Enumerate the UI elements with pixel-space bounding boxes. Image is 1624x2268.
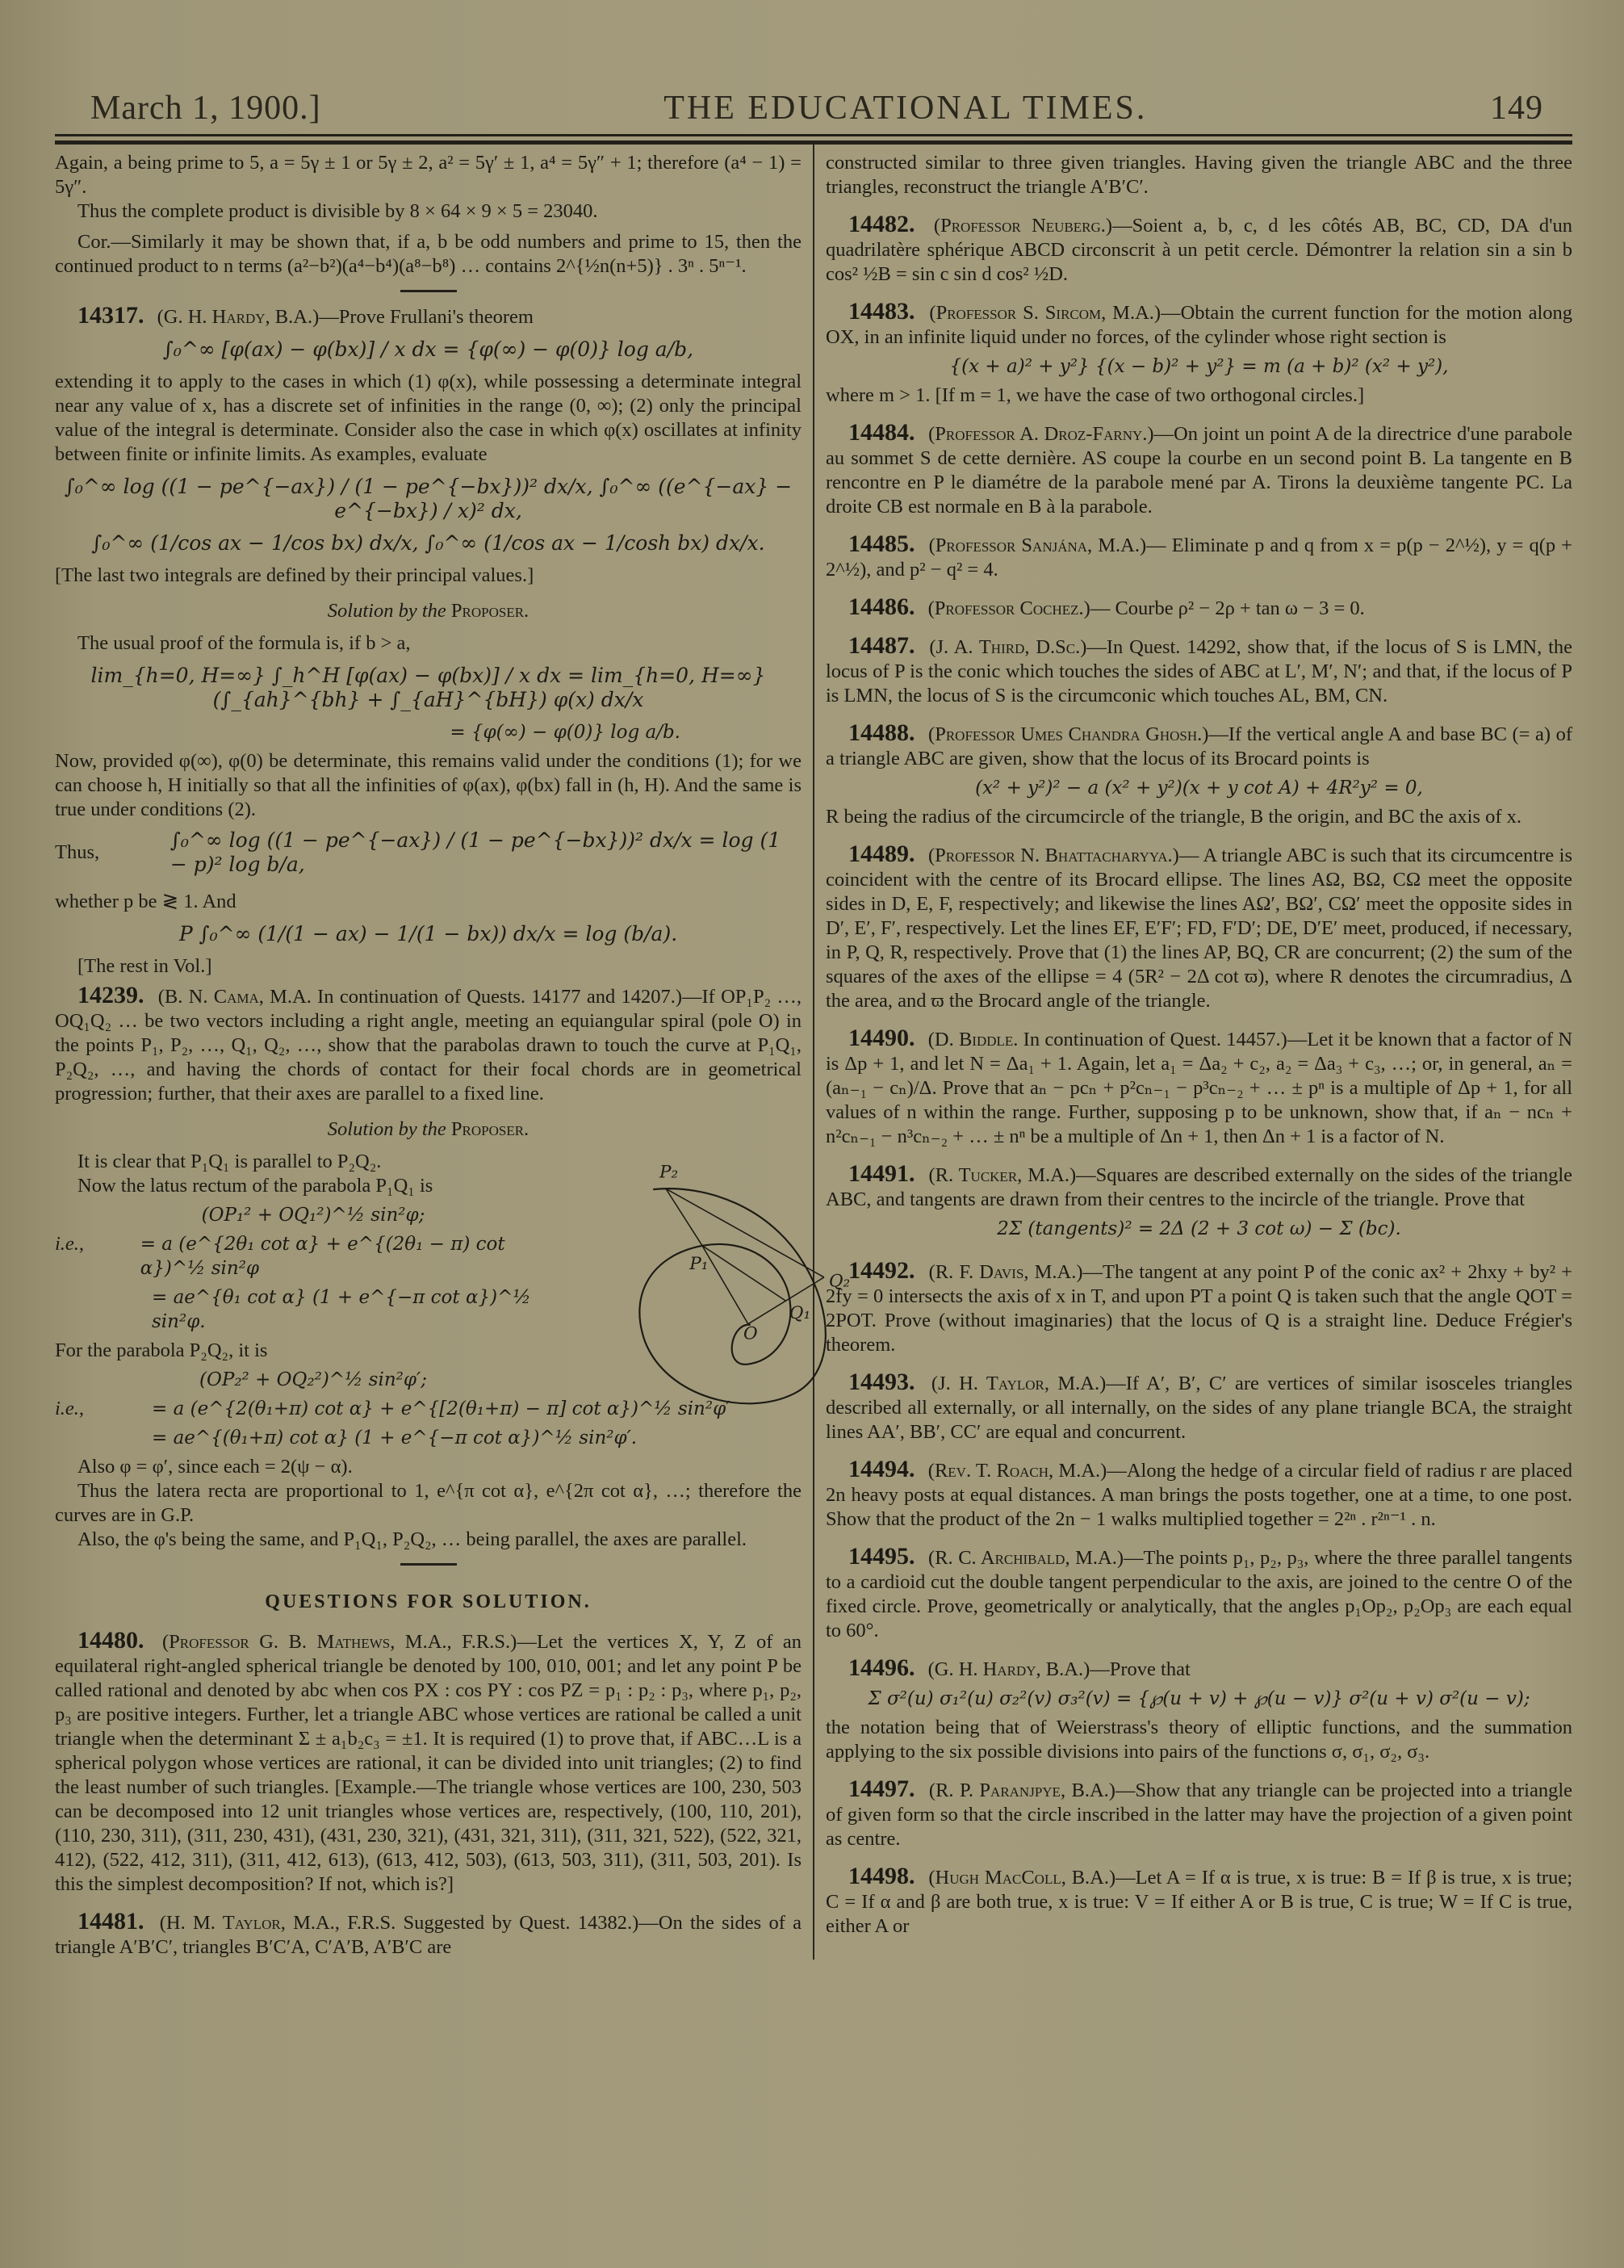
spiral-solution-block: It is clear that P₁Q₁ is parallel to P₂Q… <box>55 1150 802 1552</box>
question-14483-formula: {(x + a)² + y²} {(x − b)² + y²} = m (a +… <box>826 354 1572 379</box>
solution-line-5: Thus the latera recta are proportional t… <box>55 1479 802 1528</box>
label-q1: Q₁ <box>789 1303 810 1323</box>
question-body: —Prove that <box>1090 1658 1191 1680</box>
solution-intro: The usual proof of the formula is, if b … <box>55 631 802 656</box>
question-14481: 14481. (H. M. Taylor, M.A., F.R.S. Sugge… <box>55 1910 802 1960</box>
page-number: 149 <box>1490 89 1543 128</box>
question-number: 14494. <box>848 1456 915 1482</box>
question-14483: 14483. (Professor S. Sircom, M.A.)—Obtai… <box>826 300 1572 350</box>
label-q2: Q₂ <box>829 1272 850 1292</box>
question-author: (Professor N. Bhattacharyya.) <box>928 845 1179 866</box>
question-14486: 14486. (Professor Cochez.)— Courbe ρ² − … <box>826 595 1572 621</box>
whether-clause: whether p be ≷ 1. And <box>55 890 802 914</box>
latus-rectum-eq-2: = a (e^{2θ₁ cot α} + e^{(2θ₁ − π) cot α}… <box>140 1232 571 1281</box>
question-number: 14490. <box>848 1025 915 1051</box>
principal-value-equation: P ∫₀^∞ (1/(1 − ax) − 1/(1 − bx)) dx/x = … <box>55 922 802 946</box>
question-author: (Professor Cochez.) <box>928 597 1090 619</box>
right-column: constructed similar to three given trian… <box>813 145 1572 1960</box>
latus-rectum-eq-1: (OP₁² + OQ₁²)^½ sin²φ; <box>55 1203 571 1227</box>
question-14491-formula: 2Σ (tangents)² = 2Δ (2 + 3 cot ω) − Σ (b… <box>826 1217 1572 1241</box>
question-number: 14487. <box>848 632 915 659</box>
question-14484: 14484. (Professor A. Droz-Farny.)—On joi… <box>826 421 1572 519</box>
rest-in-volume: [The rest in Vol.] <box>55 954 802 979</box>
solution-equation-1: lim_{h=0, H=∞} ∫_h^H [φ(ax) − φ(bx)] / x… <box>55 664 802 712</box>
question-number: 14317. <box>77 302 144 329</box>
question-14485: 14485. (Professor Sanjána, M.A.)— Elimin… <box>826 532 1572 582</box>
latus-rectum-eq-6: = ae^{(θ₁+π) cot α} (1 + e^{−π cot α})^½… <box>55 1426 802 1450</box>
question-author: (Professor S. Sircom, M.A.) <box>929 302 1161 324</box>
question-number: 14486. <box>848 593 915 620</box>
frullani-formula: ∫₀^∞ [φ(ax) − φ(bx)] / x dx = {φ(∞) − φ(… <box>55 337 802 362</box>
solution-heading: Solution by the Proposer. <box>55 599 802 623</box>
question-14496-after: the notation being that of Weierstrass's… <box>826 1716 1572 1764</box>
question-14496: 14496. (G. H. Hardy, B.A.)—Prove that <box>826 1656 1572 1682</box>
solution-heading-italic: Solution by the <box>328 1118 446 1140</box>
thus-equation-row: Thus, ∫₀^∞ log ((1 − pe^{−ax}) / (1 − pe… <box>55 828 802 877</box>
question-body: —Let the vertices X, Y, Z of an equilate… <box>55 1631 802 1895</box>
question-author: (R. P. Paranjpye, B.A.) <box>929 1780 1115 1801</box>
question-body: — Courbe ρ² − 2ρ + tan ω − 3 = 0. <box>1090 597 1365 619</box>
solution-line-2: Now the latus rectum of the parabola P₁Q… <box>55 1174 571 1198</box>
solution-heading-proposer: Proposer. <box>451 600 529 622</box>
solution-heading-italic: Solution by the <box>328 600 446 622</box>
journal-page: March 1, 1900.] THE EDUCATIONAL TIMES. 1… <box>55 78 1572 1960</box>
solution-body: Now, provided φ(∞), φ(0) be determinate,… <box>55 749 802 822</box>
issue-date: March 1, 1900.] <box>90 89 321 128</box>
latus-rectum-row-2: i.e., = a (e^{2θ₁ cot α} + e^{(2θ₁ − π) … <box>55 1232 571 1281</box>
question-14497: 14497. (R. P. Paranjpye, B.A.)—Show that… <box>826 1777 1572 1851</box>
example-integrals-2: ∫₀^∞ (1/cos ax − 1/cos bx) dx/x, ∫₀^∞ (1… <box>55 531 802 555</box>
solution-line-4: Also φ = φ′, since each = 2(ψ − α). <box>55 1455 802 1479</box>
example-integrals-1: ∫₀^∞ log ((1 − pe^{−ax}) / (1 − pe^{−bx}… <box>55 475 802 523</box>
question-number: 14489. <box>848 841 915 867</box>
corollary-paragraph: Cor.—Similarly it may be shown that, if … <box>55 230 802 279</box>
question-author: (Hugh MacColl, B.A.) <box>928 1867 1115 1889</box>
question-author: (G. H. Hardy, B.A.) <box>928 1658 1090 1680</box>
page-header: March 1, 1900.] THE EDUCATIONAL TIMES. 1… <box>55 78 1572 128</box>
label-o: O <box>743 1323 758 1344</box>
question-number: 14497. <box>848 1775 915 1802</box>
question-author: (R. C. Archibald, M.A.) <box>928 1547 1124 1569</box>
solution-equation-2: = {φ(∞) − φ(0)} log a/b. <box>55 720 802 744</box>
question-number: 14480. <box>77 1627 144 1654</box>
journal-title: THE EDUCATIONAL TIMES. <box>663 89 1147 128</box>
question-number: 14482. <box>848 211 915 237</box>
question-author: (Professor Sanjána, M.A.) <box>929 535 1147 556</box>
solution-line-3: For the parabola P₂Q₂, it is <box>55 1339 571 1363</box>
question-14496-formula: Σ σ²(u) σ₁²(u) σ₂²(v) σ₃²(v) = {℘(u + v)… <box>826 1687 1572 1711</box>
question-number: 14488. <box>848 719 915 746</box>
thus-label: Thus, <box>55 841 170 865</box>
section-divider <box>400 1563 457 1566</box>
spiral-curve <box>639 1188 825 1403</box>
question-number: 14481. <box>77 1908 144 1935</box>
question-number: 14496. <box>848 1654 915 1681</box>
question-number: 14485. <box>848 530 915 557</box>
question-14487: 14487. (J. A. Third, D.Sc.)—In Quest. 14… <box>826 634 1572 708</box>
question-14488-formula: (x² + y²)² − a (x² + y²)(x + y cot A) + … <box>826 776 1572 800</box>
question-14483-after: where m > 1. [If m = 1, we have the case… <box>826 384 1572 408</box>
question-14490: 14490. (D. Biddle. In continuation of Qu… <box>826 1026 1572 1149</box>
question-14488-after: R being the radius of the circumcircle o… <box>826 805 1572 829</box>
ie-label: i.e., <box>55 1397 152 1421</box>
question-number: 14484. <box>848 419 915 446</box>
solution-line-1: It is clear that P₁Q₁ is parallel to P₂Q… <box>55 1150 571 1174</box>
question-author: (D. Biddle. <box>928 1029 1019 1050</box>
question-number: 14498. <box>848 1863 915 1889</box>
question-14489: 14489. (Professor N. Bhattacharyya.)— A … <box>826 842 1572 1013</box>
question-14494: 14494. (Rev. T. Roach, M.A.)—Along the h… <box>826 1457 1572 1532</box>
question-author: (H. M. Taylor, M.A., F.R.S. <box>160 1912 396 1934</box>
label-p1: P₁ <box>689 1254 708 1274</box>
question-author: (R. F. Davis, M.A.) <box>929 1261 1083 1283</box>
latus-rectum-eq-4: (OP₂² + OQ₂²)^½ sin²φ′; <box>55 1368 571 1392</box>
question-14239: 14239. (B. N. Cama, M.A. In continuation… <box>55 983 802 1106</box>
question-author: (Professor Neuberg.) <box>934 215 1112 237</box>
question-author: (Professor A. Droz-Farny.) <box>928 423 1153 445</box>
two-column-body: Again, a being prime to 5, a = 5γ ± 1 or… <box>55 145 1572 1960</box>
question-number: 14495. <box>848 1543 915 1570</box>
question-author: (J. A. Third, D.Sc.) <box>929 636 1086 658</box>
question-number: 14239. <box>77 982 144 1008</box>
question-author: (Rev. T. Roach, M.A.) <box>928 1460 1107 1482</box>
question-lead: —Prove Frullani's theorem <box>319 306 534 328</box>
question-14491: 14491. (R. Tucker, M.A.)—Squares are des… <box>826 1162 1572 1212</box>
intro-paragraph-1: Again, a being prime to 5, a = 5γ ± 1 or… <box>55 151 802 199</box>
question-author: (R. Tucker, M.A.) <box>928 1164 1076 1186</box>
question-14492: 14492. (R. F. Davis, M.A.)—The tangent a… <box>826 1259 1572 1357</box>
section-divider <box>400 290 457 292</box>
question-author: (J. H. Taylor, M.A.) <box>931 1373 1106 1394</box>
solution-heading: Solution by the Proposer. <box>55 1117 802 1142</box>
question-14481-continued: constructed similar to three given trian… <box>826 151 1572 199</box>
ie-label: i.e., <box>55 1232 140 1281</box>
question-author: (B. N. Cama, M.A. <box>158 986 312 1008</box>
question-body: — A triangle ABC is such that its circum… <box>826 845 1572 1012</box>
latus-rectum-eq-3: = ae^{θ₁ cot α} (1 + e^{−π cot α})^½ sin… <box>55 1285 571 1334</box>
question-14317-heading: 14317. (G. H. Hardy, B.A.)—Prove Frullan… <box>55 304 802 329</box>
question-14495: 14495. (R. C. Archibald, M.A.)—The point… <box>826 1545 1572 1643</box>
question-14482: 14482. (Professor Neuberg.)—Soient a, b,… <box>826 212 1572 287</box>
question-author: (G. H. Hardy, B.A.) <box>157 306 320 328</box>
principal-values-note: [The last two integrals are defined by t… <box>55 564 802 588</box>
questions-for-solution-heading: QUESTIONS FOR SOLUTION. <box>55 1590 802 1614</box>
thus-equation: ∫₀^∞ log ((1 − pe^{−ax}) / (1 − pe^{−bx}… <box>170 828 802 877</box>
question-author: (Professor Umes Chandra Ghosh.) <box>928 723 1208 745</box>
question-14488: 14488. (Professor Umes Chandra Ghosh.)—I… <box>826 721 1572 771</box>
question-14498: 14498. (Hugh MacColl, B.A.)—Let A = If α… <box>826 1864 1572 1939</box>
question-author: (Professor G. B. Mathews, M.A., F.R.S.) <box>162 1631 517 1653</box>
solution-line-6: Also, the φ's being the same, and P₁Q₁, … <box>55 1528 802 1552</box>
header-rule-thin <box>55 134 1572 136</box>
question-14317-body: extending it to apply to the cases in wh… <box>55 370 802 467</box>
question-14480: 14480. (Professor G. B. Mathews, M.A., F… <box>55 1629 802 1897</box>
label-p2: P₂ <box>659 1162 678 1182</box>
equiangular-spiral-diagram: P₂ P₁ Q₂ Q₁ O <box>620 1142 862 1408</box>
solution-heading-proposer: Proposer. <box>451 1118 529 1140</box>
question-14493: 14493. (J. H. Taylor, M.A.)—If A′, B′, C… <box>826 1370 1572 1444</box>
left-column: Again, a being prime to 5, a = 5γ ± 1 or… <box>55 145 813 1960</box>
question-number: 14483. <box>848 298 915 325</box>
intro-paragraph-2: Thus the complete product is divisible b… <box>55 199 802 224</box>
